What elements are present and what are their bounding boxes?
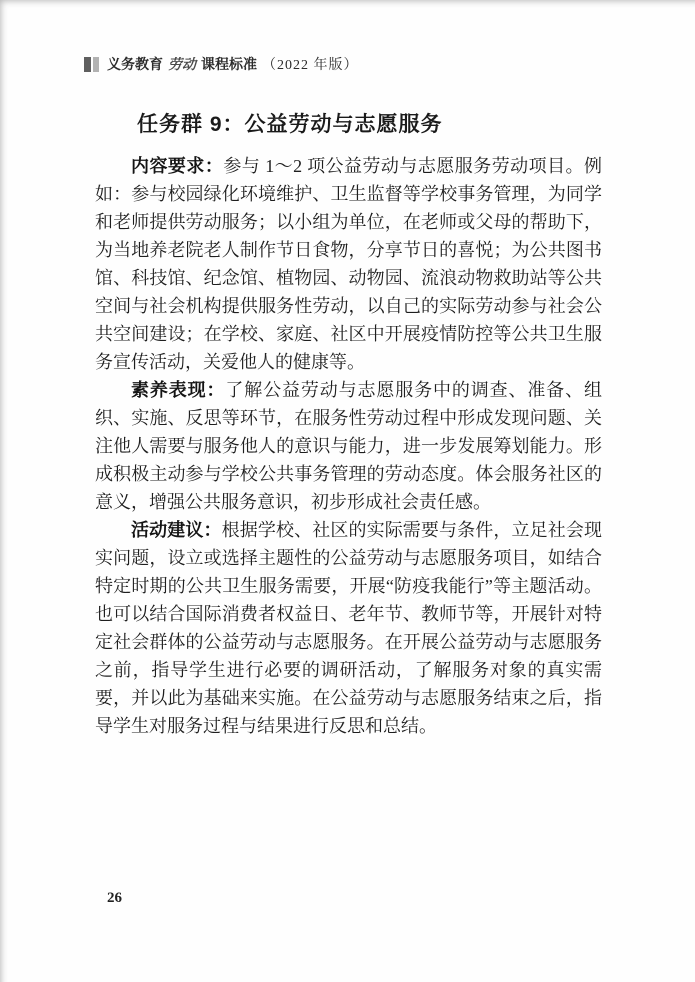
header-bar-dark-icon: [84, 57, 91, 72]
paragraph-label: 素养表现：: [131, 380, 225, 400]
paragraph-text: 参与 1～2 项公益劳动与志愿服务劳动项目。例如：参与校园绿化环境维护、卫生监督…: [95, 156, 602, 372]
body-text: 内容要求：参与 1～2 项公益劳动与志愿服务劳动项目。例如：参与校园绿化环境维护…: [95, 152, 602, 740]
running-header: 义务教育 劳动 课程标准 （2022 年版）: [84, 55, 364, 73]
document-page: 义务教育 劳动 课程标准 （2022 年版） 任务群 9：公益劳动与志愿服务 内…: [0, 0, 695, 982]
header-segment-edition: （2022 年版）: [262, 54, 359, 74]
paragraph-label: 活动建议：: [131, 520, 222, 540]
paragraph-text: 根据学校、社区的实际需要与条件，立足社会现实问题，设立或选择主题性的公益劳动与志…: [95, 520, 602, 736]
header-bar-light-icon: [93, 57, 99, 72]
header-segment-standard: 课程标准: [201, 54, 257, 74]
paragraph-content-requirements: 内容要求：参与 1～2 项公益劳动与志愿服务劳动项目。例如：参与校园绿化环境维护…: [95, 152, 602, 376]
header-segment-series: 义务教育: [107, 54, 163, 74]
page-number: 26: [107, 890, 122, 907]
paragraph-competency-performance: 素养表现：了解公益劳动与志愿服务中的调查、准备、组织、实施、反思等环节，在服务性…: [95, 376, 602, 516]
paragraph-label: 内容要求：: [131, 156, 223, 176]
header-segment-subject: 劳动: [168, 54, 196, 74]
section-title: 任务群 9：公益劳动与志愿服务: [137, 108, 443, 138]
paragraph-activity-suggestions: 活动建议：根据学校、社区的实际需要与条件，立足社会现实问题，设立或选择主题性的公…: [95, 516, 602, 740]
